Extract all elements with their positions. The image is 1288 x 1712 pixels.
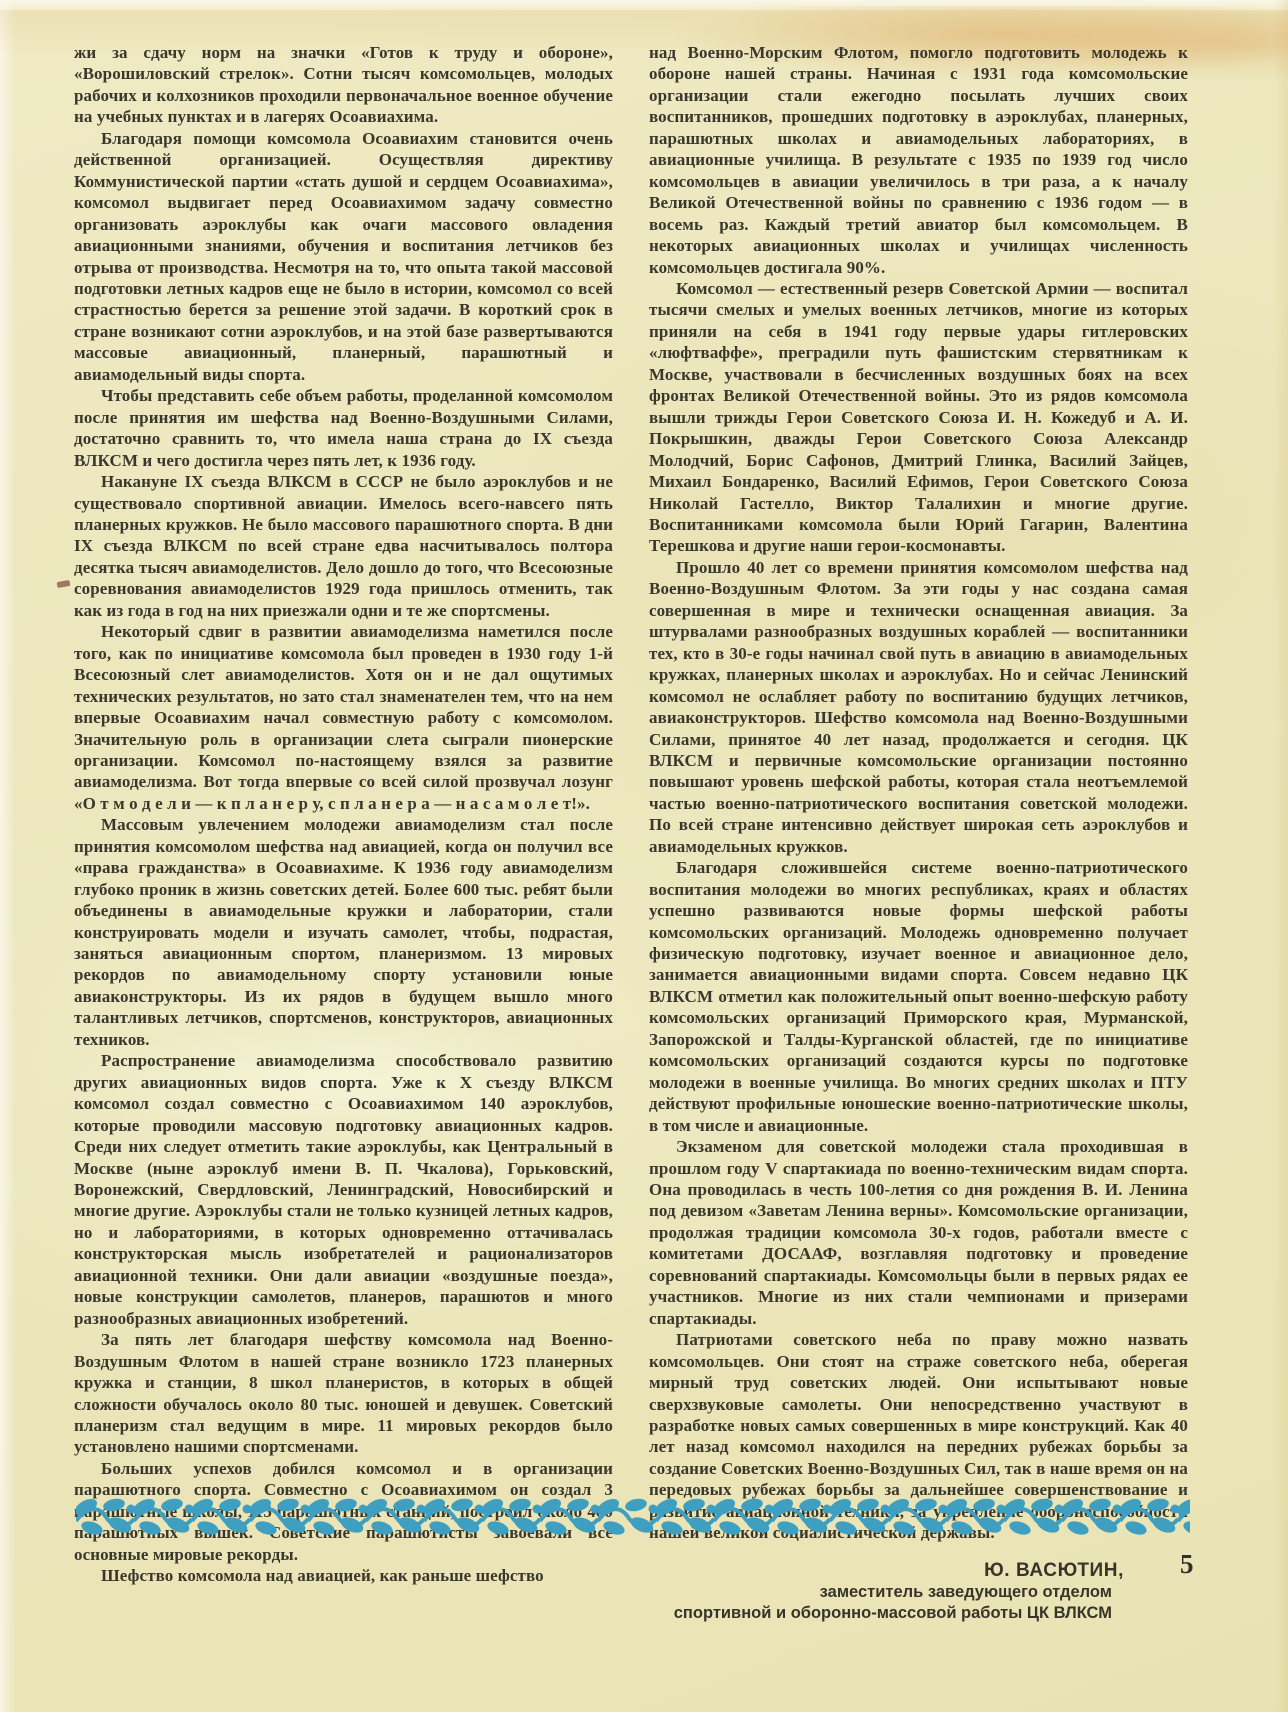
signature-block: Ю. ВАСЮТИН, заместитель заведующего отде… xyxy=(649,1560,1188,1624)
right-column: над Военно-Морским Флотом, помогло подго… xyxy=(649,42,1188,1624)
scan-edge-right xyxy=(1274,0,1288,1712)
paragraph: Чтобы представить себе объем работы, про… xyxy=(74,385,613,471)
author-role-line2: спортивной и оборонно-массовой работы ЦК… xyxy=(649,1603,1188,1624)
paragraph: Прошло 40 лет со времени принятия комсом… xyxy=(649,557,1188,857)
magazine-page: жи за сдачу норм на значки «Готов к труд… xyxy=(0,0,1288,1712)
paragraph: Комсомол — естественный резерв Советской… xyxy=(649,278,1188,557)
paragraph: жи за сдачу норм на значки «Готов к труд… xyxy=(74,42,613,128)
paragraph: За пять лет благодаря шефству комсомола … xyxy=(74,1329,613,1458)
paragraph: Благодаря сложившейся системе военно-пат… xyxy=(649,857,1188,1136)
paragraph: над Военно-Морским Флотом, помогло подго… xyxy=(649,42,1188,278)
leaf-vine-border xyxy=(76,1494,1190,1544)
article-body: жи за сдачу норм на значки «Готов к труд… xyxy=(74,42,1188,1624)
paragraph: Массовым увлечением молодежи авиамоделиз… xyxy=(74,814,613,1050)
left-column: жи за сдачу норм на значки «Готов к труд… xyxy=(74,42,613,1624)
author-role-line1: заместитель заведующего отделом xyxy=(649,1582,1188,1603)
paragraph: Накануне IX съезда ВЛКСМ в СССР не было … xyxy=(74,471,613,621)
page-number: 5 xyxy=(1180,1549,1194,1580)
paragraph: Благодаря помощи комсомола Осоавиахим ст… xyxy=(74,128,613,385)
paragraph: Распространение авиамоделизма способство… xyxy=(74,1050,613,1329)
scan-edge-left xyxy=(0,0,16,1712)
paragraph: Экзаменом для советской молодежи стала п… xyxy=(649,1136,1188,1329)
author-name: Ю. ВАСЮТИН, xyxy=(649,1560,1188,1582)
paragraph: Некоторый сдвиг в развитии авиамоделизма… xyxy=(74,621,613,814)
paragraph: Шефство комсомола над авиацией, как рань… xyxy=(74,1565,613,1586)
margin-mark xyxy=(57,580,71,588)
